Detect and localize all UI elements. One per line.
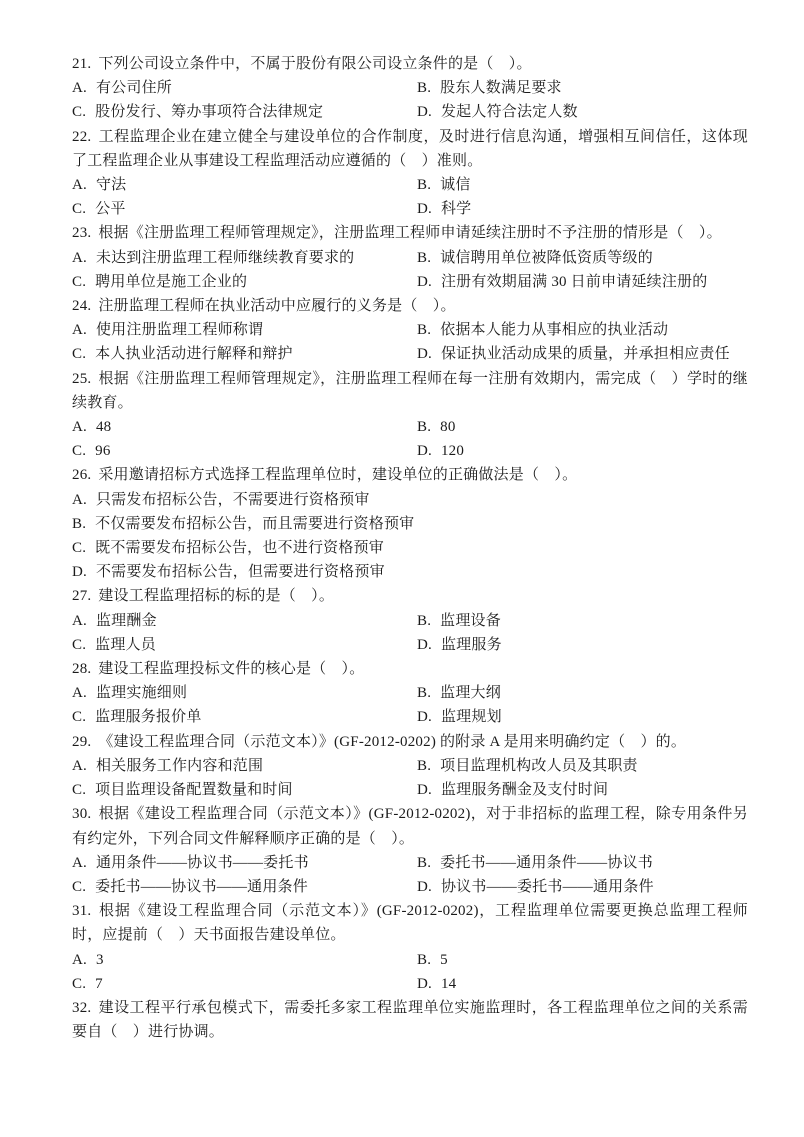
exam-document-page: 21.下列公司设立条件中，不属于股份有限公司设立条件的是（ ）。 A.有公司住所… bbox=[0, 0, 804, 1137]
option-label: B. bbox=[417, 685, 431, 701]
option-item: A.监理酬金 bbox=[72, 609, 417, 633]
question-number: 32. bbox=[72, 1000, 91, 1016]
question-block: 28.建设工程监理投标文件的核心是（ ）。 A.监理实施细则 B.监理大纲 C.… bbox=[72, 657, 748, 730]
question-stem: 建设工程监理投标文件的核心是（ ）。 bbox=[98, 661, 364, 677]
option-text: 80 bbox=[440, 419, 455, 435]
question-block: 29.《建设工程监理合同（示范文本）》(GF-2012-0202) 的附录 A … bbox=[72, 730, 748, 803]
option-label: A. bbox=[72, 250, 87, 266]
option-label: C. bbox=[72, 879, 86, 895]
option-label: A. bbox=[72, 322, 87, 338]
question-number: 25. bbox=[72, 371, 91, 387]
question-options: A.只需发布招标公告，不需要进行资格预审 B.不仅需要发布招标公告，而且需要进行… bbox=[72, 488, 748, 585]
option-text: 通用条件——协议书——委托书 bbox=[96, 855, 309, 871]
option-text: 项目监理设备配置数量和时间 bbox=[95, 782, 293, 798]
option-text: 诚信聘用单位被降低资质等级的 bbox=[440, 250, 653, 266]
option-item: C.聘用单位是施工企业的 bbox=[72, 270, 417, 294]
option-item: D.发起人符合法定人数 bbox=[417, 100, 748, 124]
option-text: 诚信 bbox=[440, 177, 470, 193]
option-label: C. bbox=[72, 346, 86, 362]
option-text: 监理设备 bbox=[440, 613, 501, 629]
option-text: 3 bbox=[96, 952, 104, 968]
option-text: 只需发布招标公告，不需要进行资格预审 bbox=[96, 492, 370, 508]
option-label: B. bbox=[417, 177, 431, 193]
option-item: D.14 bbox=[417, 972, 748, 996]
question-number: 29. bbox=[72, 734, 91, 750]
option-item: A.监理实施细则 bbox=[72, 681, 417, 705]
question-block: 24.注册监理工程师在执业活动中应履行的义务是（ ）。 A.使用注册监理工程师称… bbox=[72, 294, 748, 367]
question-block: 32.建设工程平行承包模式下，需委托多家工程监理单位实施监理时，各工程监理单位之… bbox=[72, 996, 748, 1044]
option-text: 保证执业活动成果的质量，并承担相应责任 bbox=[441, 346, 730, 362]
option-text: 公平 bbox=[95, 201, 125, 217]
option-item: A.相关服务工作内容和范围 bbox=[72, 754, 417, 778]
option-label: C. bbox=[72, 443, 86, 459]
option-text: 相关服务工作内容和范围 bbox=[96, 758, 263, 774]
option-label: C. bbox=[72, 274, 86, 290]
question-number: 27. bbox=[72, 588, 91, 604]
option-item: C.公平 bbox=[72, 197, 417, 221]
question-number: 31. bbox=[72, 903, 91, 919]
option-label: A. bbox=[72, 952, 87, 968]
option-label: C. bbox=[72, 637, 86, 653]
option-label: D. bbox=[417, 782, 432, 798]
option-label: A. bbox=[72, 492, 87, 508]
option-text: 监理服务报价单 bbox=[95, 709, 201, 725]
question-stem: 采用邀请招标方式选择工程监理单位时，建设单位的正确做法是（ ）。 bbox=[98, 467, 577, 483]
question-stem: 根据《注册监理工程师管理规定》，注册监理工程师在每一注册有效期内，需完成（ ）学… bbox=[72, 371, 748, 411]
option-label: B. bbox=[417, 250, 431, 266]
option-item: A.3 bbox=[72, 948, 417, 972]
option-text: 发起人符合法定人数 bbox=[441, 104, 578, 120]
option-label: A. bbox=[72, 758, 87, 774]
option-text: 协议书——委托书——通用条件 bbox=[441, 879, 654, 895]
option-item: B.诚信 bbox=[417, 173, 748, 197]
option-item: C.股份发行、筹办事项符合法律规定 bbox=[72, 100, 417, 124]
question-stem: 根据《建设工程监理合同（示范文本）》(GF-2012-0202)，对于非招标的监… bbox=[72, 806, 748, 846]
question-block: 31.根据《建设工程监理合同（示范文本）》(GF-2012-0202)，工程监理… bbox=[72, 899, 748, 996]
question-stem: 根据《注册监理工程师管理规定》，注册监理工程师申请延续注册时不予注册的情形是（ … bbox=[98, 225, 721, 241]
option-label: B. bbox=[417, 855, 431, 871]
option-label: A. bbox=[72, 685, 87, 701]
question-stem: 下列公司设立条件中，不属于股份有限公司设立条件的是（ ）。 bbox=[98, 56, 531, 72]
question-number: 26. bbox=[72, 467, 91, 483]
option-label: D. bbox=[417, 976, 432, 992]
option-item: B.诚信聘用单位被降低资质等级的 bbox=[417, 246, 748, 270]
option-label: D. bbox=[72, 564, 87, 580]
option-text: 科学 bbox=[441, 201, 471, 217]
option-text: 监理服务酬金及支付时间 bbox=[441, 782, 608, 798]
option-text: 监理服务 bbox=[441, 637, 502, 653]
option-label: D. bbox=[417, 104, 432, 120]
option-text: 监理酬金 bbox=[96, 613, 157, 629]
option-label: C. bbox=[72, 104, 86, 120]
option-item: D.监理服务 bbox=[417, 633, 748, 657]
question-options: A.守法 B.诚信 C.公平 D.科学 bbox=[72, 173, 748, 221]
option-text: 使用注册监理工程师称谓 bbox=[96, 322, 263, 338]
question-options: A.未达到注册监理工程师继续教育要求的 B.诚信聘用单位被降低资质等级的 C.聘… bbox=[72, 246, 748, 294]
question-number: 24. bbox=[72, 298, 91, 314]
option-label: D. bbox=[417, 201, 432, 217]
option-item: B.股东人数满足要求 bbox=[417, 76, 748, 100]
option-text: 本人执业活动进行解释和辩护 bbox=[95, 346, 293, 362]
option-item: A.只需发布招标公告，不需要进行资格预审 bbox=[72, 488, 748, 512]
option-text: 监理规划 bbox=[441, 709, 502, 725]
option-label: C. bbox=[72, 201, 86, 217]
option-item: C.96 bbox=[72, 439, 417, 463]
option-text: 项目监理机构改人员及其职责 bbox=[440, 758, 638, 774]
option-item: B.项目监理机构改人员及其职责 bbox=[417, 754, 748, 778]
option-label: B. bbox=[417, 80, 431, 96]
question-block: 30.根据《建设工程监理合同（示范文本）》(GF-2012-0202)，对于非招… bbox=[72, 802, 748, 899]
option-label: C. bbox=[72, 782, 86, 798]
option-label: D. bbox=[417, 709, 432, 725]
option-item: A.48 bbox=[72, 415, 417, 439]
option-label: C. bbox=[72, 976, 86, 992]
option-label: A. bbox=[72, 80, 87, 96]
option-text: 不仅需要发布招标公告，而且需要进行资格预审 bbox=[95, 516, 414, 532]
question-block: 25.根据《注册监理工程师管理规定》，注册监理工程师在每一注册有效期内，需完成（… bbox=[72, 367, 748, 464]
question-number: 28. bbox=[72, 661, 91, 677]
question-number: 30. bbox=[72, 806, 91, 822]
option-item: C.本人执业活动进行解释和辩护 bbox=[72, 342, 417, 366]
option-label: A. bbox=[72, 177, 87, 193]
option-item: C.既不需要发布招标公告，也不进行资格预审 bbox=[72, 536, 748, 560]
question-options: A.有公司住所 B.股东人数满足要求 C.股份发行、筹办事项符合法律规定 D.发… bbox=[72, 76, 748, 124]
option-text: 48 bbox=[96, 419, 111, 435]
option-item: A.使用注册监理工程师称谓 bbox=[72, 318, 417, 342]
option-text: 委托书——协议书——通用条件 bbox=[95, 879, 308, 895]
question-block: 22.工程监理企业在建立健全与建设单位的合作制度，及时进行信息沟通，增强相互间信… bbox=[72, 125, 748, 222]
option-text: 股东人数满足要求 bbox=[440, 80, 562, 96]
option-item: B.不仅需要发布招标公告，而且需要进行资格预审 bbox=[72, 512, 748, 536]
option-label: D. bbox=[417, 443, 432, 459]
question-options: A.3 B.5 C.7 D.14 bbox=[72, 948, 748, 996]
question-stem: 工程监理企业在建立健全与建设单位的合作制度，及时进行信息沟通，增强相互间信任，这… bbox=[72, 129, 748, 169]
option-item: C.监理服务报价单 bbox=[72, 705, 417, 729]
option-item: A.通用条件——协议书——委托书 bbox=[72, 851, 417, 875]
question-number: 22. bbox=[72, 129, 91, 145]
option-item: D.注册有效期届满 30 日前申请延续注册的 bbox=[417, 270, 748, 294]
option-item: A.守法 bbox=[72, 173, 417, 197]
question-options: A.通用条件——协议书——委托书 B.委托书——通用条件——协议书 C.委托书—… bbox=[72, 851, 748, 899]
question-stem: 建设工程监理招标的标的是（ ）。 bbox=[98, 588, 334, 604]
option-text: 不需要发布招标公告，但需要进行资格预审 bbox=[96, 564, 385, 580]
option-label: D. bbox=[417, 346, 432, 362]
question-stem: 建设工程平行承包模式下，需委托多家工程监理单位实施监理时，各工程监理单位之间的关… bbox=[72, 1000, 748, 1040]
option-text: 有公司住所 bbox=[96, 80, 172, 96]
option-text: 120 bbox=[441, 443, 464, 459]
option-item: B.委托书——通用条件——协议书 bbox=[417, 851, 748, 875]
option-item: D.120 bbox=[417, 439, 748, 463]
option-text: 7 bbox=[95, 976, 103, 992]
option-text: 5 bbox=[440, 952, 448, 968]
option-item: D.监理规划 bbox=[417, 705, 748, 729]
option-item: A.未达到注册监理工程师继续教育要求的 bbox=[72, 246, 417, 270]
option-item: C.监理人员 bbox=[72, 633, 417, 657]
option-label: C. bbox=[72, 709, 86, 725]
option-item: D.协议书——委托书——通用条件 bbox=[417, 875, 748, 899]
question-block: 26.采用邀请招标方式选择工程监理单位时，建设单位的正确做法是（ ）。 A.只需… bbox=[72, 463, 748, 584]
option-label: B. bbox=[417, 952, 431, 968]
option-label: A. bbox=[72, 855, 87, 871]
option-text: 注册有效期届满 30 日前申请延续注册的 bbox=[441, 274, 708, 290]
option-item: C.7 bbox=[72, 972, 417, 996]
question-block: 23.根据《注册监理工程师管理规定》，注册监理工程师申请延续注册时不予注册的情形… bbox=[72, 221, 748, 294]
option-item: B.5 bbox=[417, 948, 748, 972]
option-label: D. bbox=[417, 637, 432, 653]
question-number: 21. bbox=[72, 56, 91, 72]
option-item: B.依据本人能力从事相应的执业活动 bbox=[417, 318, 748, 342]
option-item: D.科学 bbox=[417, 197, 748, 221]
questions-list: 21.下列公司设立条件中，不属于股份有限公司设立条件的是（ ）。 A.有公司住所… bbox=[72, 52, 748, 1044]
question-block: 21.下列公司设立条件中，不属于股份有限公司设立条件的是（ ）。 A.有公司住所… bbox=[72, 52, 748, 125]
question-options: A.监理酬金 B.监理设备 C.监理人员 D.监理服务 bbox=[72, 609, 748, 657]
option-label: D. bbox=[417, 274, 432, 290]
question-block: 27.建设工程监理招标的标的是（ ）。 A.监理酬金 B.监理设备 C.监理人员… bbox=[72, 584, 748, 657]
option-text: 96 bbox=[95, 443, 110, 459]
question-stem: 《建设工程监理合同（示范文本）》(GF-2012-0202) 的附录 A 是用来… bbox=[98, 734, 686, 750]
option-text: 监理大纲 bbox=[440, 685, 501, 701]
option-item: C.项目监理设备配置数量和时间 bbox=[72, 778, 417, 802]
question-options: A.48 B.80 C.96 D.120 bbox=[72, 415, 748, 463]
option-label: B. bbox=[417, 613, 431, 629]
option-label: B. bbox=[72, 516, 86, 532]
question-stem: 根据《建设工程监理合同（示范文本）》(GF-2012-0202)，工程监理单位需… bbox=[72, 903, 748, 943]
option-text: 聘用单位是施工企业的 bbox=[95, 274, 247, 290]
option-text: 监理人员 bbox=[95, 637, 156, 653]
option-text: 14 bbox=[441, 976, 456, 992]
question-options: A.监理实施细则 B.监理大纲 C.监理服务报价单 D.监理规划 bbox=[72, 681, 748, 729]
option-item: A.有公司住所 bbox=[72, 76, 417, 100]
option-item: D.保证执业活动成果的质量，并承担相应责任 bbox=[417, 342, 748, 366]
option-text: 既不需要发布招标公告，也不进行资格预审 bbox=[95, 540, 384, 556]
option-item: D.不需要发布招标公告，但需要进行资格预审 bbox=[72, 560, 748, 584]
option-label: D. bbox=[417, 879, 432, 895]
option-text: 股份发行、筹办事项符合法律规定 bbox=[95, 104, 323, 120]
option-text: 依据本人能力从事相应的执业活动 bbox=[440, 322, 668, 338]
option-item: B.监理大纲 bbox=[417, 681, 748, 705]
option-label: C. bbox=[72, 540, 86, 556]
option-label: A. bbox=[72, 613, 87, 629]
option-item: B.监理设备 bbox=[417, 609, 748, 633]
option-label: B. bbox=[417, 758, 431, 774]
question-options: A.使用注册监理工程师称谓 B.依据本人能力从事相应的执业活动 C.本人执业活动… bbox=[72, 318, 748, 366]
option-item: D.监理服务酬金及支付时间 bbox=[417, 778, 748, 802]
question-stem: 注册监理工程师在执业活动中应履行的义务是（ ）。 bbox=[98, 298, 455, 314]
option-item: B.80 bbox=[417, 415, 748, 439]
option-text: 未达到注册监理工程师继续教育要求的 bbox=[96, 250, 354, 266]
option-label: B. bbox=[417, 322, 431, 338]
option-text: 守法 bbox=[96, 177, 126, 193]
option-label: B. bbox=[417, 419, 431, 435]
question-number: 23. bbox=[72, 225, 91, 241]
option-label: A. bbox=[72, 419, 87, 435]
question-options: A.相关服务工作内容和范围 B.项目监理机构改人员及其职责 C.项目监理设备配置… bbox=[72, 754, 748, 802]
option-item: C.委托书——协议书——通用条件 bbox=[72, 875, 417, 899]
option-text: 委托书——通用条件——协议书 bbox=[440, 855, 653, 871]
option-text: 监理实施细则 bbox=[96, 685, 187, 701]
